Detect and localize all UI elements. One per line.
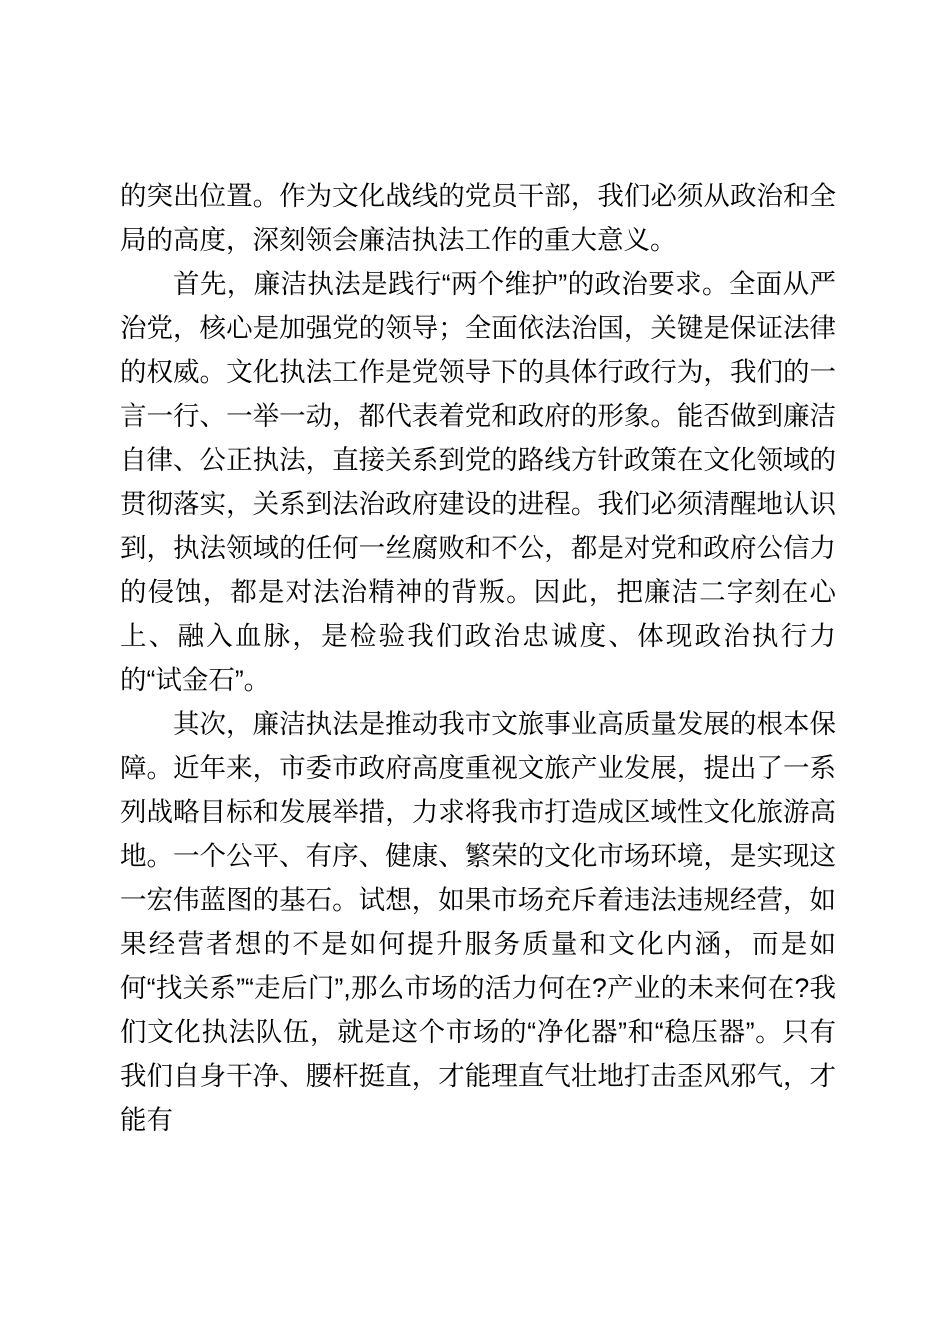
document-text-block: 的突出位置。作为文化战线的党员干部，我们必须从政治和全局的高度，深刻领会廉洁执法… [120, 174, 836, 1142]
paragraph: 其次，廉洁执法是推动我市文旅事业高质量发展的根本保障。近年来，市委市政府高度重视… [120, 702, 836, 1142]
paragraph: 的突出位置。作为文化战线的党员干部，我们必须从政治和全局的高度，深刻领会廉洁执法… [120, 174, 836, 262]
document-page: 的突出位置。作为文化战线的党员干部，我们必须从政治和全局的高度，深刻领会廉洁执法… [0, 0, 950, 1344]
paragraph: 首先，廉洁执法是践行“两个维护”的政治要求。全面从严治党，核心是加强党的领导；全… [120, 262, 836, 702]
